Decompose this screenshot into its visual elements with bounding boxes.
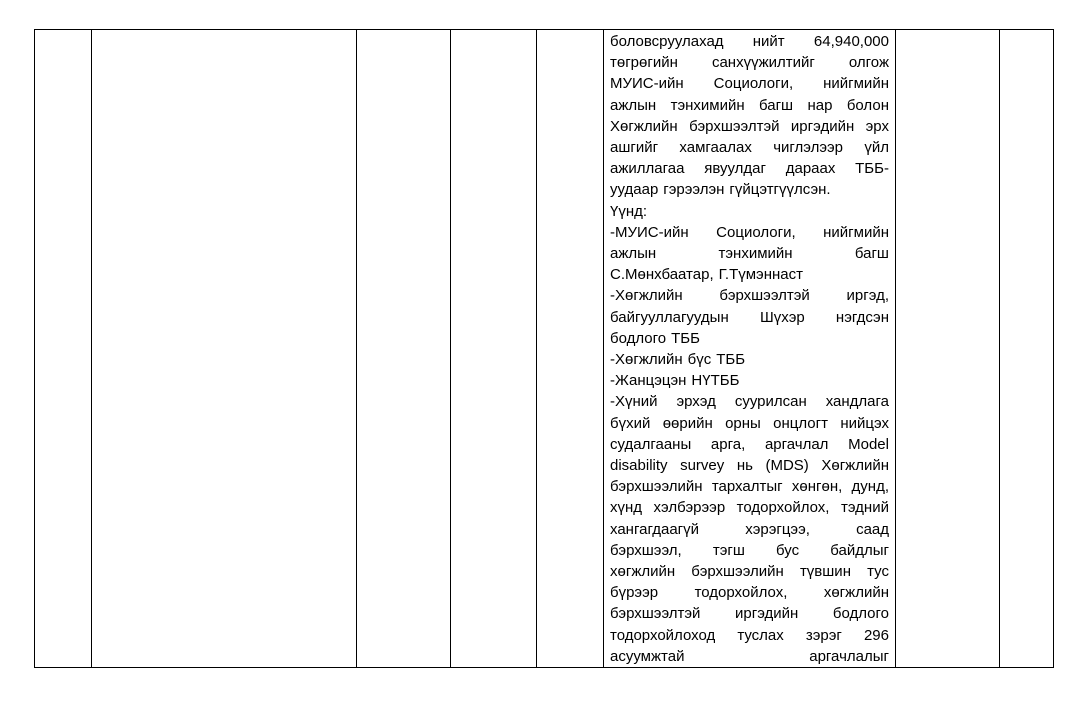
word: Социологи, (716, 222, 795, 243)
word: гэрээлэн (663, 179, 724, 200)
word: Хөгжлийн (821, 455, 889, 476)
word: байгууллагуудын (610, 307, 729, 328)
word: багш (855, 243, 889, 264)
word: боловсруулахад (610, 31, 724, 52)
word: онцлогт (773, 413, 828, 434)
word: хөгжлийн (610, 561, 675, 582)
text-line: бэрхшээлтэйиргэдийнбодлого (610, 603, 889, 624)
word: явуулдаг (704, 158, 766, 179)
word: эрх (866, 116, 889, 137)
word: С.Мөнхбаатар, (610, 264, 714, 285)
word: нь (737, 455, 753, 476)
text-line: С.Мөнхбаатар,Г.Түмэннаст (610, 264, 889, 285)
text-line: МУИС-ийнСоциологи,нийгмийн (610, 73, 889, 94)
word: бодлого (610, 328, 666, 349)
text-line: хөгжлийнбэрхшээлийнтүвшинтус (610, 561, 889, 582)
word: иргэдийн (735, 603, 798, 624)
word: -МУИС-ийн (610, 222, 689, 243)
text-line: -ХөгжлийнбүсТББ (610, 349, 889, 370)
word: Г.Түмэннаст (719, 264, 803, 285)
word: хүнд (610, 497, 642, 518)
word: бэрхшээлтэй (719, 285, 809, 306)
cell-col4 (451, 30, 537, 668)
word: (MDS) (765, 455, 808, 476)
word: суурилсан (735, 391, 807, 412)
word: иргэд, (847, 285, 889, 306)
word: байдлыг (830, 540, 889, 561)
cell-number (35, 30, 92, 668)
document-table: боловсруулахаднийт64,940,000төгрөгийнсан… (34, 29, 1054, 668)
word: чиглэлээр (773, 137, 843, 158)
word: бэрхшээлтэй (610, 603, 700, 624)
text-line: төгрөгийнсанхүүжилтийголгож (610, 52, 889, 73)
word: нийгмийн (823, 73, 889, 94)
word: бүхий (610, 413, 650, 434)
text-line: ажлынтэнхимийнбагш (610, 243, 889, 264)
word: хандлага (826, 391, 889, 412)
text-line: Үүнд: (610, 201, 889, 222)
word: хангагдаагүй (610, 519, 699, 540)
word: ТББ (716, 349, 745, 370)
text-line: disabilitysurveyнь(MDS)Хөгжлийн (610, 455, 889, 476)
word: аргачлал (765, 434, 829, 455)
word: тодорхойлох, (695, 582, 788, 603)
word: нийгмийн (823, 222, 889, 243)
table-row: боловсруулахаднийт64,940,000төгрөгийнсан… (35, 30, 1054, 668)
cell-col5 (537, 30, 604, 668)
text-line: бэрхшээлийнтархалтыгхөнгөн,дунд, (610, 476, 889, 497)
text-line: -ЖанцэцэнНҮТББ (610, 370, 889, 391)
word: хөнгөн, (792, 476, 842, 497)
word: үйл (864, 137, 889, 158)
text-line: байгууллагуудынШүхэрнэгдсэн (610, 307, 889, 328)
word: санхүүжилтийг (712, 52, 815, 73)
word: disability (610, 455, 668, 476)
cell-activity (92, 30, 357, 668)
word: нийцэх (840, 413, 889, 434)
word: туслах (737, 625, 783, 646)
text-line: Хөгжлийнбэрхшээлтэйиргэдийнэрх (610, 116, 889, 137)
text-line: ашгийгхамгаалахчиглэлээрүйл (610, 137, 889, 158)
word: хэрэгцээ, (745, 519, 810, 540)
text-line: уудааргэрээлэнгүйцэтгүүлсэн. (610, 179, 889, 200)
word: ажлын (610, 95, 656, 116)
text-line: бэрхшээл,тэгшбусбайдлыг (610, 540, 889, 561)
word: төгрөгийн (610, 52, 678, 73)
text-line: бүхийөөрийнорныонцлогтнийцэх (610, 413, 889, 434)
word: бэрхшээлтэй (689, 116, 779, 137)
word: ажиллагаа (610, 158, 684, 179)
word: дунд, (852, 476, 889, 497)
word: НҮТББ (691, 370, 739, 391)
cell-implementation-text: боловсруулахаднийт64,940,000төгрөгийнсан… (604, 30, 896, 668)
word: тодорхойлох, (737, 497, 830, 518)
word: саад (856, 519, 889, 540)
word: олгож (849, 52, 889, 73)
word: ажлын (610, 243, 656, 264)
word: бэрхшээл, (610, 540, 682, 561)
text-line: -Хүнийэрхэдсуурилсанхандлага (610, 391, 889, 412)
word: уудаар (610, 179, 658, 200)
text-line: хангагдаагүйхэрэгцээ,саад (610, 519, 889, 540)
text-line: асуумжтайаргачлалыг (610, 646, 889, 667)
word: зэрэг (806, 625, 842, 646)
word: Шүхэр (760, 307, 805, 328)
word: хөгжлийн (824, 582, 889, 603)
word: МУИС-ийн (610, 73, 684, 94)
word: тэгш (713, 540, 745, 561)
word: тодорхойлоход (610, 625, 715, 646)
word: тархалтыг (712, 476, 783, 497)
word: өөрийн (663, 413, 713, 434)
word: судалгааны (610, 434, 691, 455)
text-line: судалгааныарга,аргачлалModel (610, 434, 889, 455)
word: тус (867, 561, 889, 582)
word: бодлого (833, 603, 889, 624)
word: тэнхимийн (719, 243, 793, 264)
text-line: бодлогоТББ (610, 328, 889, 349)
word: Model (848, 434, 889, 455)
word: 64,940,000 (814, 31, 889, 52)
word: иргэдийн (791, 116, 854, 137)
word: асуумжтай (610, 646, 684, 667)
word: Хөгжлийн (610, 116, 678, 137)
word: -Хөгжлийн (610, 349, 683, 370)
word: түвшин (800, 561, 851, 582)
word: -Жанцэцэн (610, 370, 686, 391)
word: ТББ (671, 328, 700, 349)
word: тэдний (841, 497, 889, 518)
text-line: тодорхойлоходтуслахзэрэг296 (610, 625, 889, 646)
word: орны (725, 413, 761, 434)
word: бэрхшээлийн (691, 561, 784, 582)
word: багш (759, 95, 793, 116)
word: бус (776, 540, 799, 561)
word: нэгдсэн (836, 307, 889, 328)
text-line: ажлынтэнхимийнбагшнарболон (610, 95, 889, 116)
word: дараах (786, 158, 836, 179)
word: тэнхимийн (671, 95, 745, 116)
word: арга, (711, 434, 745, 455)
word: -Хөгжлийн (610, 285, 683, 306)
word: Социологи, (714, 73, 793, 94)
cell-col7 (896, 30, 1000, 668)
word: бүрээр (610, 582, 658, 603)
word: -Хүний (610, 391, 658, 412)
word: хамгаалах (679, 137, 751, 158)
text-line: -Хөгжлийнбэрхшээлтэйиргэд, (610, 285, 889, 306)
text-line: ажиллагааявуулдагдараахТББ- (610, 158, 889, 179)
text-line: -МУИС-ийнСоциологи,нийгмийн (610, 222, 889, 243)
word: survey (680, 455, 724, 476)
word: болон (847, 95, 889, 116)
cell-col3 (357, 30, 451, 668)
word: Үүнд: (610, 201, 647, 222)
word: эрхэд (676, 391, 715, 412)
cell-col8 (1000, 30, 1054, 668)
word: хэлбэрээр (654, 497, 726, 518)
word: ТББ- (855, 158, 889, 179)
word: гүйцэтгүүлсэн. (729, 179, 830, 200)
word: нийт (753, 31, 785, 52)
text-line: боловсруулахаднийт64,940,000 (610, 31, 889, 52)
text-line: хүндхэлбэрээртодорхойлох,тэдний (610, 497, 889, 518)
word: бүс (688, 349, 712, 370)
text-line: бүрээртодорхойлох,хөгжлийн (610, 582, 889, 603)
word: аргачлалыг (809, 646, 889, 667)
word: ашгийг (610, 137, 658, 158)
word: 296 (864, 625, 889, 646)
word: нар (807, 95, 832, 116)
word: бэрхшээлийн (610, 476, 703, 497)
